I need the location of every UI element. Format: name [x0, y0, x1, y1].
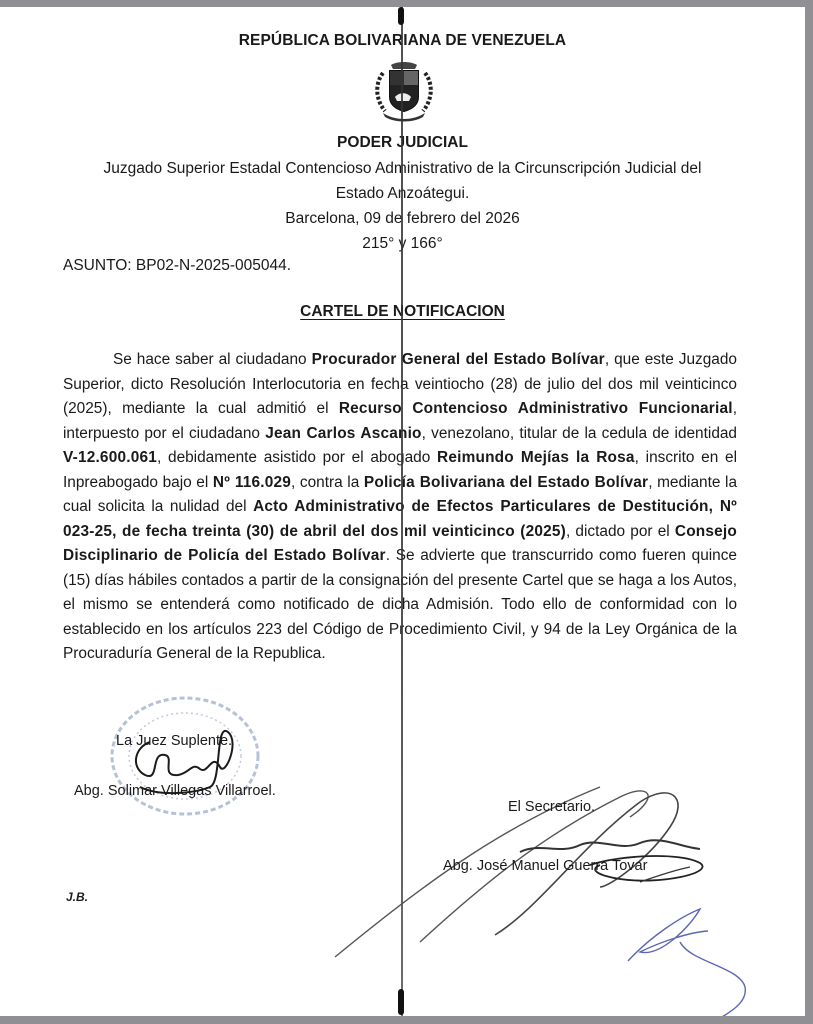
body-text-segment: , contra la	[291, 474, 364, 491]
body-emphasis: Procurador General del Estado Bolívar	[312, 351, 605, 368]
body-text-segment: . Se advierte que transcurrido como fuer…	[63, 547, 737, 662]
body-text-segment: , dictado por el	[566, 523, 675, 540]
secretary-title: El Secretario.	[508, 799, 595, 815]
body-text-segment: , debidamente asistido por el abogado	[157, 449, 437, 466]
coat-of-arms-icon	[373, 59, 435, 123]
body-emphasis: Reimundo Mejías la Rosa	[437, 449, 635, 466]
page-fold-line	[401, 7, 403, 1016]
body-emphasis: Recurso Contencioso Administrativo Funci…	[339, 400, 733, 417]
body-text-segment: , venezolano, titular de la cedula de id…	[422, 425, 737, 442]
body-emphasis: V-12.600.061	[63, 449, 157, 466]
body-emphasis: Nº 116.029	[213, 474, 291, 491]
notice-body: Se hace saber al ciudadano Procurador Ge…	[63, 348, 737, 667]
case-number: ASUNTO: BP02-N-2025-005044.	[63, 257, 291, 275]
judge-title: La Juez Suplente.	[116, 733, 232, 749]
document-page: REPÚBLICA BOLIVARIANA DE VENEZUELA PODER…	[0, 7, 805, 1016]
secretary-name: Abg. José Manuel Guerra Tovar	[443, 858, 647, 874]
typist-initials: J.B.	[66, 890, 88, 904]
fold-mark	[398, 989, 404, 1015]
judge-name: Abg. Solimar Villegas Villarroel.	[74, 783, 276, 799]
fold-mark	[398, 7, 404, 25]
body-emphasis: Policía Bolivariana del Estado Bolívar	[364, 474, 648, 491]
body-emphasis: Jean Carlos Ascanio	[265, 425, 421, 442]
body-text-segment: Se hace saber al ciudadano	[113, 351, 312, 368]
